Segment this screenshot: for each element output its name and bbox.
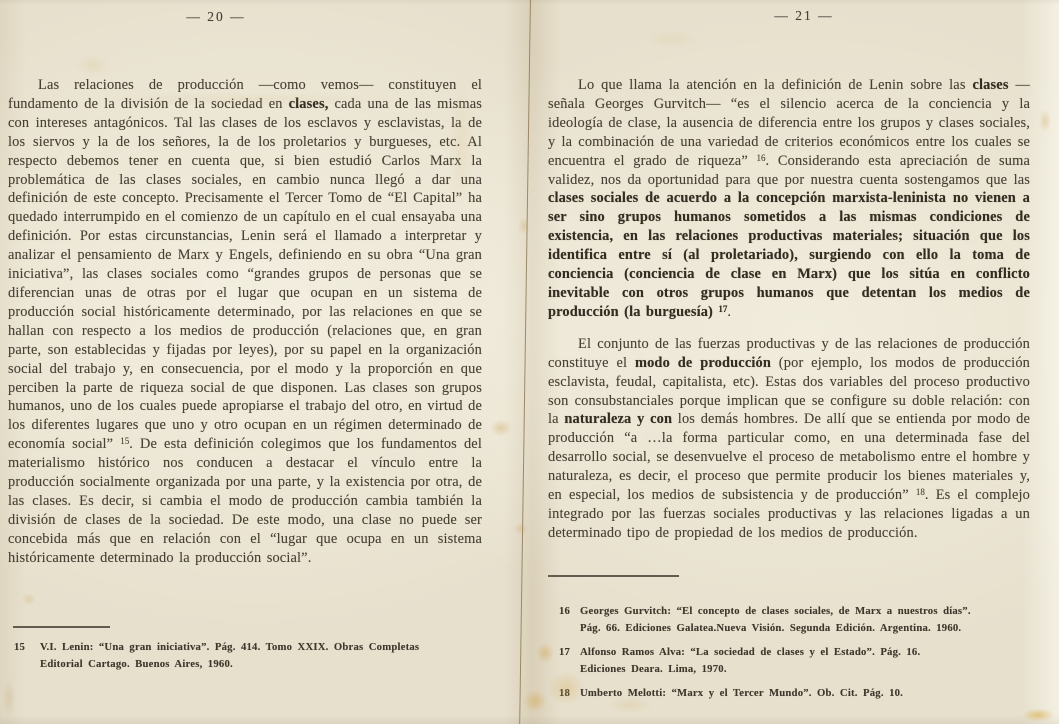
footnote: 16 Georges Gurvitch: “El concepto de cla… [559, 603, 1024, 637]
footnote: 17 Alfonso Ramos Alva: “La sociedad de c… [559, 644, 1024, 678]
page-21-footnotes: 16 Georges Gurvitch: “El concepto de cla… [559, 603, 1024, 709]
page-20-body: Las relaciones de producción —como vemos… [8, 76, 482, 568]
page-21-body: Lo que llama la atención en la definició… [548, 76, 1030, 543]
stain [1036, 104, 1054, 138]
footnote-number: 18 [559, 685, 580, 702]
paragraph: El conjunto de las fuerzas productivas y… [548, 335, 1030, 543]
footnote: 15 V.I. Lenin: “Una gran iniciativa”. Pá… [14, 639, 424, 673]
footnote-number: 17 [559, 644, 580, 678]
footnote: 18 Umberto Melotti: “Marx y el Tercer Mu… [559, 685, 1024, 702]
stain [636, 26, 706, 52]
page-20-footnotes: 15 V.I. Lenin: “Una gran iniciativa”. Pá… [14, 639, 424, 680]
scan-edge [0, 0, 1059, 5]
footnote-separator [548, 575, 679, 577]
page-number-20: — 20 — [168, 9, 264, 25]
page-number-21: — 21 — [766, 8, 842, 24]
footnote-text: Umberto Melotti: “Marx y el Tercer Mundo… [580, 685, 1024, 702]
footnote-number: 16 [559, 603, 580, 637]
footnote-text: V.I. Lenin: “Una gran iniciativa”. Pág. … [40, 639, 424, 673]
footnote-separator [13, 626, 110, 628]
footnote-text: Georges Gurvitch: “El concepto de clases… [580, 603, 1024, 637]
scan-edge [0, 715, 1059, 724]
stain [18, 590, 40, 608]
footnote-text: Alfonso Ramos Alva: “La sociedad de clas… [580, 644, 1024, 678]
footnote-number: 15 [14, 639, 40, 673]
paragraph: Lo que llama la atención en la definició… [548, 76, 1030, 322]
paragraph: Las relaciones de producción —como vemos… [8, 76, 482, 568]
book-scan: — 20 — Las relaciones de producción —com… [0, 0, 1059, 724]
gutter-shadow [505, 0, 561, 724]
